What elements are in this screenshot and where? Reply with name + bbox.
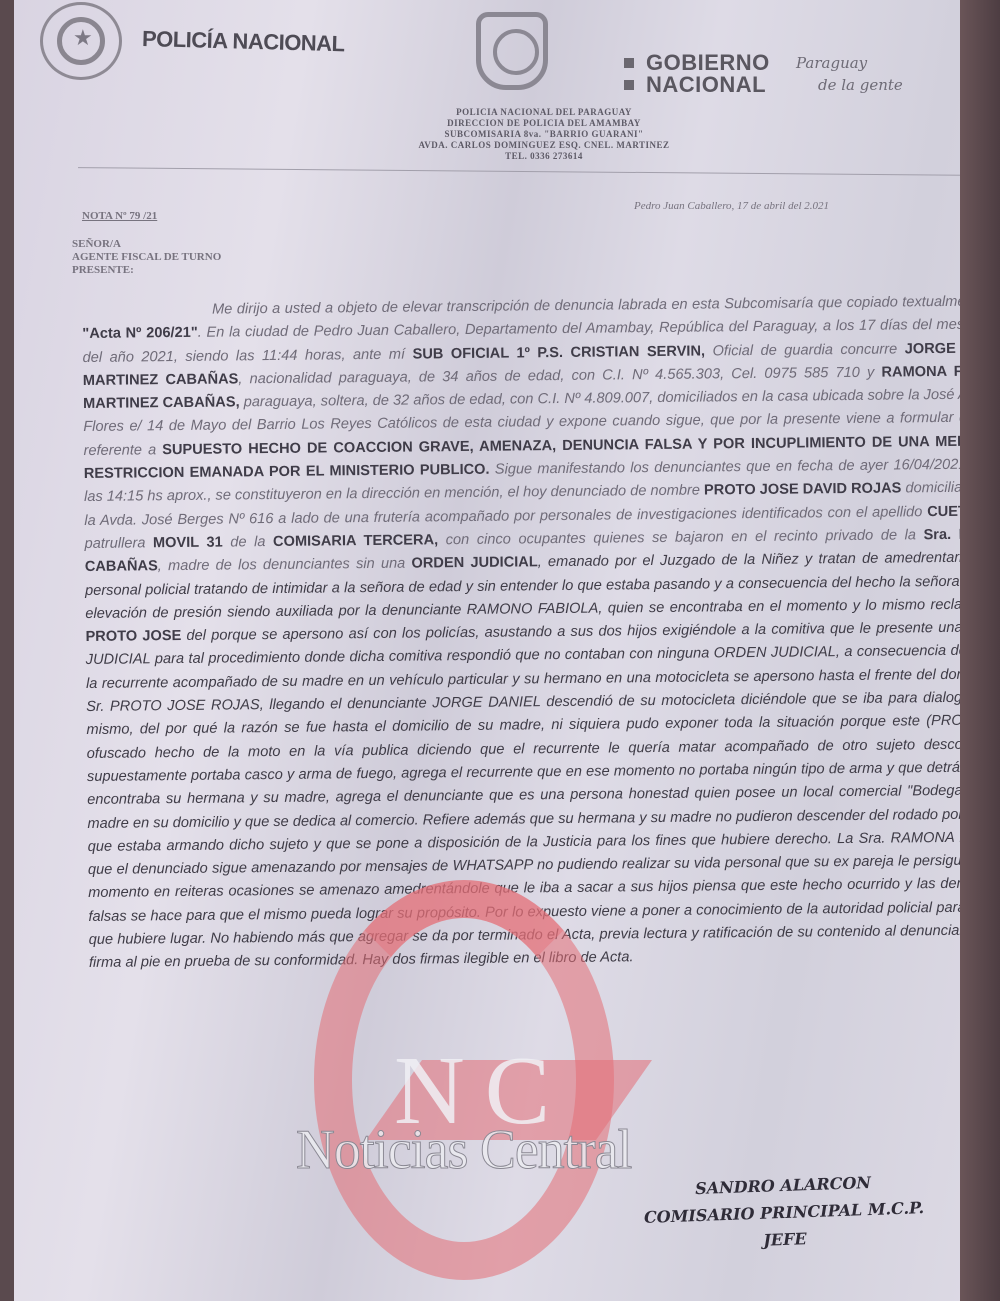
square-bullet-icon (624, 58, 634, 68)
institution-line: DIRECCION DE POLICIA DEL AMAMBAY (394, 118, 694, 129)
recipient-block: SEÑOR/A AGENTE FISCAL DE TURNO PRESENTE: (72, 238, 221, 277)
institution-line: SUBCOMISARIA 8va. "BARRIO GUARANI" (394, 129, 694, 140)
document-page: ★ POLICÍA NACIONAL GOBIERNO NACIONAL Par… (14, 0, 970, 1301)
square-bullet-icon (624, 80, 634, 90)
recipient-line: AGENTE FISCAL DE TURNO (72, 251, 221, 264)
place-date: Pedro Juan Caballero, 17 de abril del 2.… (634, 200, 829, 212)
letter-body: Me dirijo a usted a objeto de elevar tra… (82, 290, 1000, 975)
paraguay-slogan: Paraguay de la gente (796, 52, 903, 96)
police-shield-icon (476, 12, 548, 90)
gob-line1: GOBIERNO (646, 52, 770, 74)
policia-nacional-title: POLICÍA NACIONAL (142, 26, 345, 57)
institution-line: POLICIA NACIONAL DEL PARAGUAY (394, 107, 694, 118)
recipient-line: SEÑOR/A (72, 238, 221, 251)
signature-block: SANDRO ALARCON COMISARIO PRINCIPAL M.C.P… (633, 1167, 936, 1258)
institution-header: POLICIA NACIONAL DEL PARAGUAY DIRECCION … (394, 107, 694, 162)
gobierno-nacional-logo: GOBIERNO NACIONAL (624, 52, 770, 96)
body-paragraph: Me dirijo a usted a objeto de elevar tra… (82, 290, 1000, 975)
background-edge (960, 0, 1000, 1301)
header-divider (78, 167, 978, 176)
institution-line: AVDA. CARLOS DOMINGUEZ ESQ. CNEL. MARTIN… (394, 140, 694, 151)
gob-line2: NACIONAL (646, 74, 766, 96)
paraguay-seal-icon: ★ (40, 2, 122, 80)
nota-number: NOTA Nº 79 /21 (82, 210, 157, 222)
watermark-text: Noticias Central (296, 1118, 631, 1182)
slogan-line1: Paraguay (796, 52, 903, 74)
institution-line: TEL. 0336 273614 (394, 151, 694, 162)
slogan-line2: de la gente (818, 74, 903, 96)
recipient-line: PRESENTE: (72, 264, 221, 277)
